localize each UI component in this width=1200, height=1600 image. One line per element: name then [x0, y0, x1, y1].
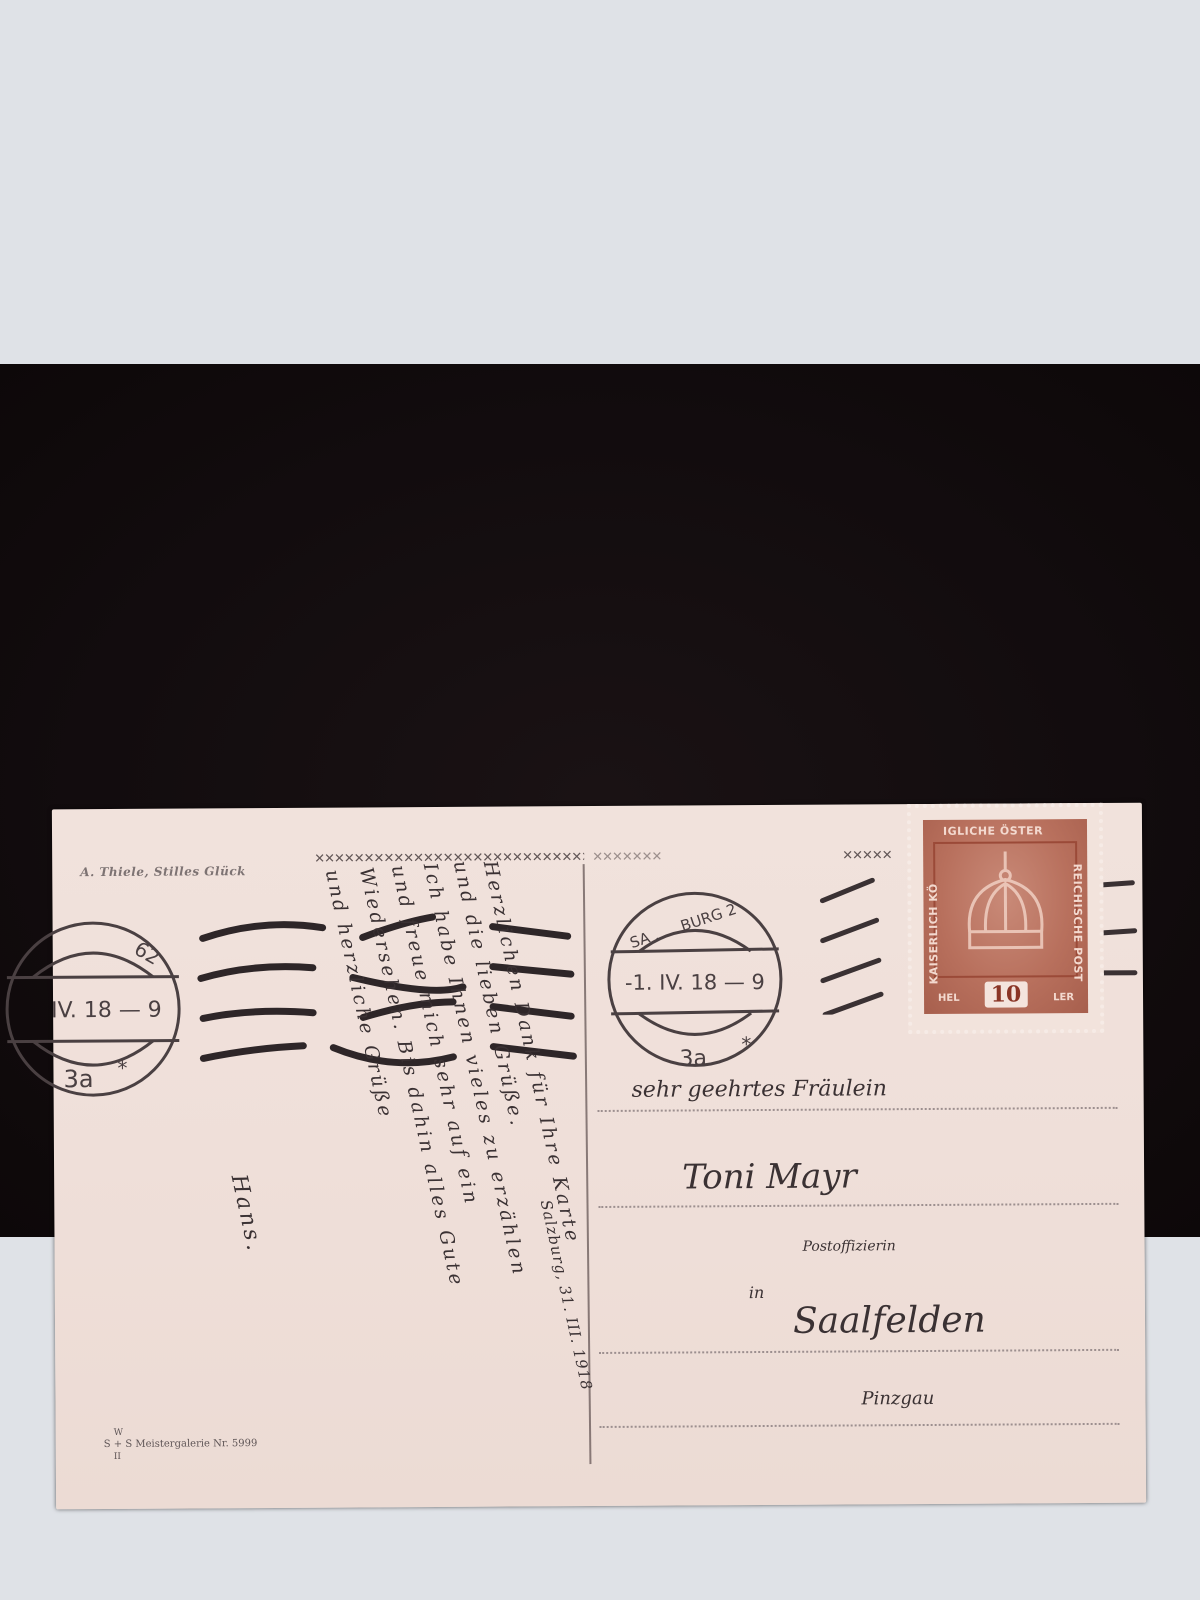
svg-text:*: *: [117, 1056, 127, 1080]
stamp-unit-right: LER: [1053, 992, 1074, 1003]
address-line-1: [598, 1107, 1118, 1112]
stamp-unit-left: HEL: [938, 993, 960, 1004]
publisher-imprint: W S + S Meistergalerie Nr. 5999 II: [104, 1426, 258, 1463]
svg-text:-1. IV. 18 — 9: -1. IV. 18 — 9: [625, 970, 765, 995]
address-name: Toni Mayr: [682, 1156, 857, 1197]
publisher-mark: W: [104, 1426, 258, 1439]
svg-text:3a: 3a: [679, 1046, 707, 1071]
address-town: Saalfelden: [793, 1300, 986, 1342]
address-line-4: [600, 1423, 1120, 1428]
address-region: Pinzgau: [861, 1388, 934, 1409]
photo-background: ✕✕✕✕✕✕✕✕✕✕✕✕✕✕✕✕✕✕✕✕✕✕✕✕✕✕✕✕✕ ✕✕✕✕✕✕✕ ✕✕…: [0, 364, 1200, 1237]
stamp-top-text: IGLICHE ÖSTER: [943, 824, 1043, 838]
svg-text:3a: 3a: [63, 1065, 93, 1093]
message-signature: Hans.: [226, 1172, 267, 1255]
stamp-design: IGLICHE ÖSTER KAISERLICH KÖ REICHISCHE P…: [923, 819, 1088, 1014]
publisher-sub: II: [104, 1450, 258, 1463]
crown-icon: [955, 849, 1056, 960]
postmark-left: 62 IV. 18 — 9 3a *: [0, 908, 194, 1109]
decorative-border-mid: ✕✕✕✕✕✕✕: [592, 850, 662, 866]
postmark-center: SA . . . BURG 2 -1. IV. 18 — 9 3a *: [594, 879, 795, 1080]
address-line-2: [598, 1203, 1118, 1208]
publisher-line: S + S Meistergalerie Nr. 5999: [104, 1438, 258, 1451]
postage-stamp: IGLICHE ÖSTER KAISERLICH KÖ REICHISCHE P…: [907, 803, 1104, 1034]
address-preposition: in: [749, 1283, 765, 1302]
svg-text:IV. 18 — 9: IV. 18 — 9: [51, 998, 162, 1024]
postcard: ✕✕✕✕✕✕✕✕✕✕✕✕✕✕✕✕✕✕✕✕✕✕✕✕✕✕✕✕✕ ✕✕✕✕✕✕✕ ✕✕…: [52, 803, 1146, 1510]
address-occupation: Postoffizierin: [803, 1238, 896, 1255]
address-line-3: [599, 1349, 1119, 1354]
svg-text:*: *: [741, 1032, 751, 1056]
stamp-right-text: REICHISCHE POST: [1071, 864, 1085, 984]
decorative-border-right: ✕✕✕✕✕: [842, 848, 892, 864]
address-salutation: sehr geehrtes Fräulein: [632, 1076, 887, 1103]
stamp-value: 10: [985, 981, 1028, 1007]
svg-text:SA . . . BURG 2: SA . . . BURG 2: [628, 900, 739, 952]
stamp-left-text: KAISERLICH KÖ: [927, 864, 941, 984]
